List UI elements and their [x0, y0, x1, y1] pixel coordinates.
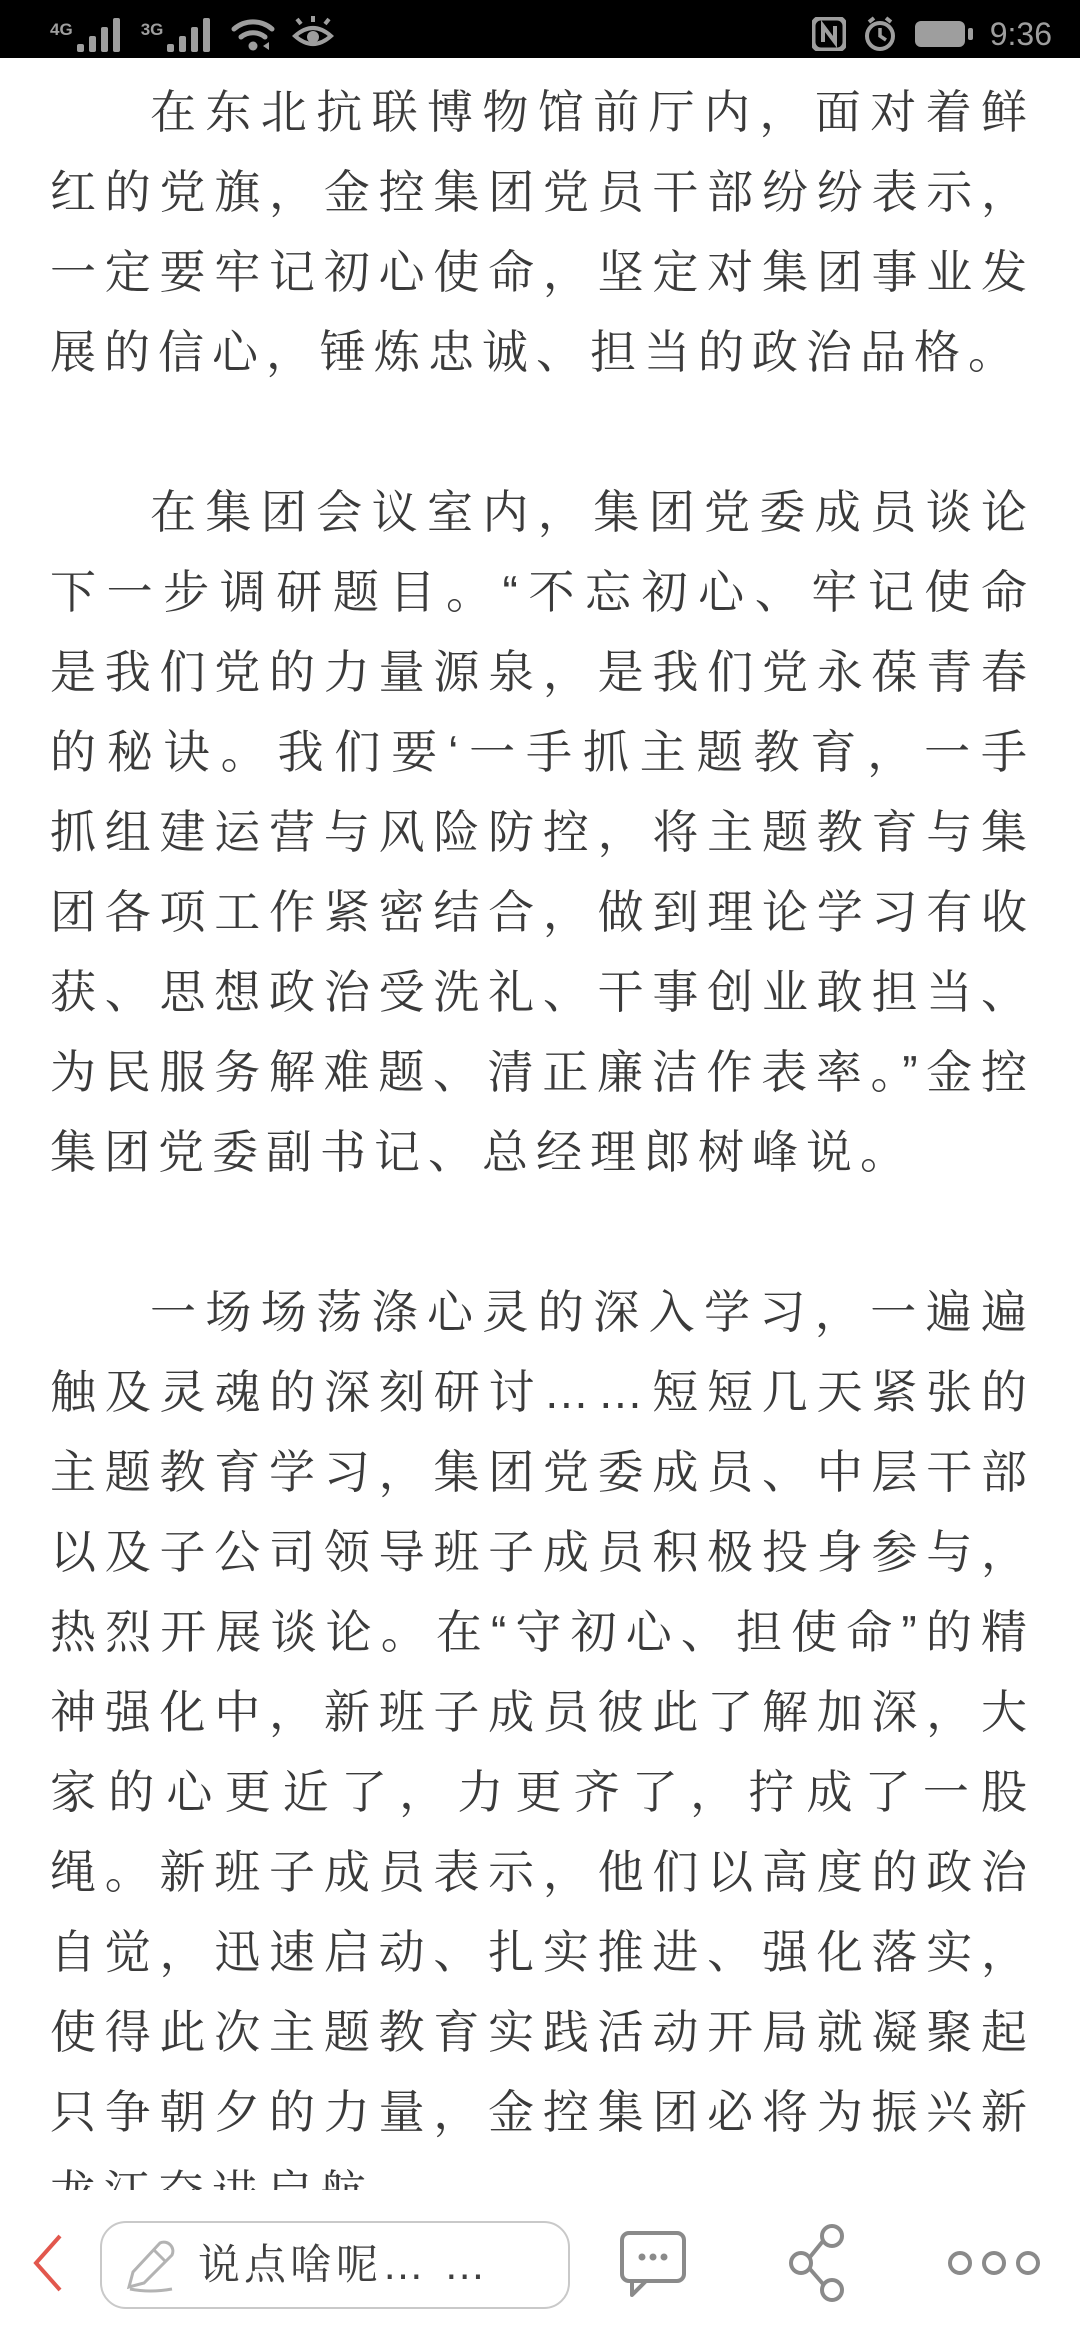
- article-paragraph: 在东北抗联博物馆前厅内，面对着鲜红的党旗，金控集团党员干部纷纷表示，一定要牢记初…: [50, 72, 1035, 392]
- sim1-signal: 4G: [50, 16, 127, 52]
- back-button[interactable]: [0, 2190, 96, 2340]
- comment-button[interactable]: [618, 2227, 688, 2304]
- wifi-icon: [231, 16, 277, 52]
- article-paragraph: 在集团会议室内，集团党委成员谈论下一步调研题目。“不忘初心、牢记使命是我们党的力…: [50, 472, 1035, 1192]
- sim2-signal: 3G: [141, 16, 218, 52]
- status-bar-left: 4G 3G: [50, 16, 335, 52]
- comment-input-box[interactable]: [100, 2221, 570, 2309]
- phone-screen: 4G 3G: [0, 0, 1080, 2340]
- sim1-network-label: 4G: [50, 21, 73, 38]
- more-icon: [946, 2249, 1042, 2282]
- comment-bubble-icon: [618, 2227, 688, 2304]
- nfc-icon: [812, 17, 846, 51]
- share-button[interactable]: [788, 2223, 850, 2308]
- status-bar-right: 9:36: [812, 16, 1052, 52]
- share-icon: [788, 2223, 850, 2308]
- comment-input[interactable]: [198, 2241, 550, 2289]
- more-button[interactable]: [946, 2249, 1042, 2282]
- article-body: 在东北抗联博物馆前厅内，面对着鲜红的党旗，金控集团党员干部纷纷表示，一定要牢记初…: [0, 58, 1080, 2232]
- alarm-icon: [862, 16, 898, 52]
- status-bar: 4G 3G: [0, 0, 1080, 58]
- article-paragraph: 一场场荡涤心灵的深入学习，一遍遍触及灵魂的深刻研讨……短短几天紧张的主题教育学习…: [50, 1272, 1035, 2232]
- signal-bars-icon: [75, 16, 127, 52]
- back-chevron-icon: [28, 2231, 68, 2300]
- bottom-toolbar: [0, 2190, 1080, 2340]
- status-time: 9:36: [990, 18, 1052, 50]
- sim2-network-label: 3G: [141, 21, 164, 38]
- eye-comfort-icon: [291, 16, 335, 52]
- signal-bars-icon: [165, 16, 217, 52]
- pencil-icon: [124, 2237, 176, 2293]
- battery-icon: [914, 19, 974, 49]
